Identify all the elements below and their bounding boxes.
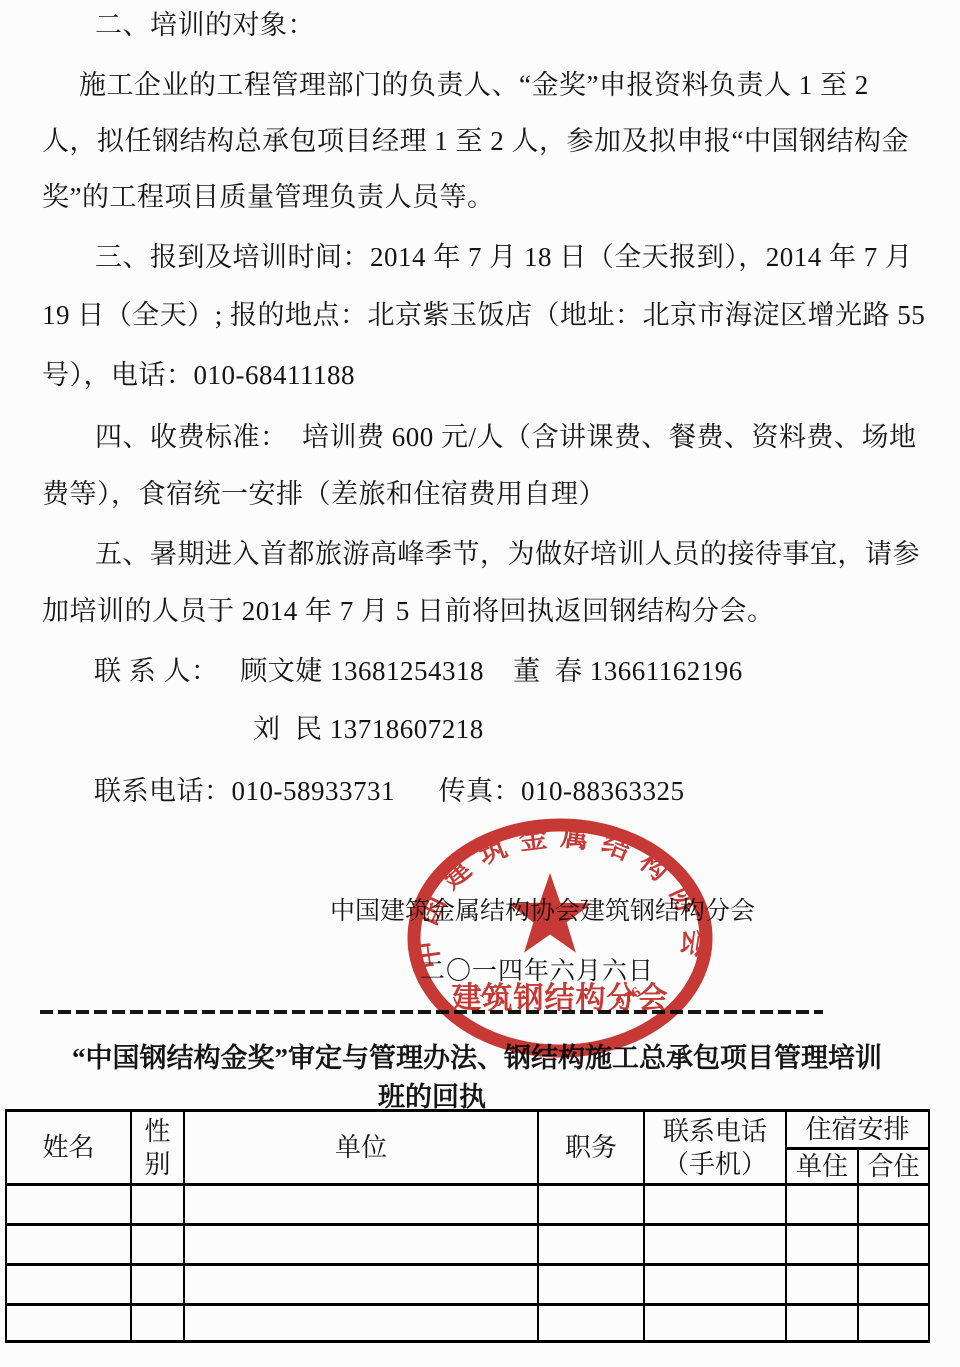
body-line: 19 日（全天）; 报的地点：北京紫玉饭店（地址：北京市海淀区增光路 55: [42, 300, 925, 331]
body-line: 费等），食宿统一安排（差旅和住宿费用自理）: [42, 479, 606, 510]
form-cell-empty: [786, 1265, 858, 1305]
contact-phone-line: 联系电话：010-58933731 传真：010-88363325: [94, 776, 684, 807]
col-header-phone-line2: （手机）: [645, 1148, 785, 1181]
body-line: 号），电话：010-68411188: [42, 360, 355, 391]
stamp-arc-text: 中国建筑金属结构协会: [409, 819, 711, 971]
col-header-phone: 联系电话 （手机）: [644, 1111, 786, 1185]
col-header-lodging-single: 单住: [786, 1149, 858, 1185]
form-cell-empty: [538, 1305, 644, 1342]
body-line: 加培训的人员于 2014 年 7 月 5 日前将回执返回钢结构分会。: [42, 596, 775, 627]
form-cell-empty: [131, 1225, 184, 1265]
col-header-name: 姓名: [6, 1111, 131, 1185]
form-cell-empty: [6, 1305, 131, 1342]
col-header-lodging-shared: 合住: [858, 1149, 929, 1185]
body-line: 施工企业的工程管理部门的负责人、“金奖”申报资料负责人 1 至 2: [79, 70, 869, 101]
form-cell-empty: [131, 1305, 184, 1342]
form-cell-empty: [131, 1265, 184, 1305]
form-cell-empty: [131, 1185, 184, 1225]
form-cell-empty: [6, 1185, 131, 1225]
form-cell-empty: [538, 1265, 644, 1305]
body-line: 四、收费标准： 培训费 600 元/人（含讲课费、餐费、资料费、场地: [95, 422, 917, 453]
contact-person-line: 联 系 人： 顾文婕 13681254318 董 春 13661162196: [94, 656, 743, 687]
body-line: 二、培训的对象：: [95, 10, 315, 41]
col-header-gender: 性别: [131, 1111, 184, 1185]
col-header-phone-line1: 联系电话: [645, 1115, 785, 1148]
form-cell-empty: [6, 1265, 131, 1305]
form-cell-empty: [538, 1185, 644, 1225]
form-cell-empty: [644, 1265, 786, 1305]
body-line: 五、暑期进入首都旅游高峰季节，为做好培训人员的接待事宜，请参: [95, 539, 920, 570]
col-header-position: 职务: [538, 1111, 644, 1185]
scanned-document-page: 二、培训的对象： 施工企业的工程管理部门的负责人、“金奖”申报资料负责人 1 至…: [0, 0, 960, 1367]
form-cell-empty: [184, 1265, 538, 1305]
form-cell-empty: [786, 1225, 858, 1265]
svg-text:中国建筑金属结构协会: 中国建筑金属结构协会: [409, 819, 711, 971]
contact-person-line: 刘 民 13718607218: [253, 714, 484, 745]
form-cell-empty: [184, 1225, 538, 1265]
form-cell-empty: [786, 1305, 858, 1342]
col-header-unit: 单位: [184, 1111, 538, 1185]
body-line: 奖”的工程项目质量管理负责人员等。: [42, 182, 494, 213]
form-cell-empty: [644, 1225, 786, 1265]
body-line: 三、报到及培训时间：2014 年 7 月 18 日（全天报到），2014 年 7…: [95, 242, 913, 273]
form-cell-empty: [6, 1225, 131, 1265]
form-cell-empty: [858, 1265, 929, 1305]
form-cell-empty: [858, 1305, 929, 1342]
body-line: 人，拟任钢结构总承包项目经理 1 至 2 人，参加及拟申报“中国钢结构金: [42, 126, 909, 157]
reply-form-table: 姓名 性别 单位 职务 联系电话 （手机） 住宿安排 单住 合住: [5, 1109, 930, 1343]
form-cell-empty: [644, 1305, 786, 1342]
form-cell-empty: [184, 1305, 538, 1342]
form-cell-empty: [858, 1185, 929, 1225]
form-cell-empty: [858, 1225, 929, 1265]
form-cell-empty: [786, 1185, 858, 1225]
col-header-lodging: 住宿安排: [786, 1111, 929, 1149]
stamp-star-icon: [508, 873, 592, 953]
form-cell-empty: [184, 1185, 538, 1225]
form-cell-empty: [644, 1185, 786, 1225]
form-cell-empty: [538, 1225, 644, 1265]
official-seal-stamp: 中国建筑金属结构协会 建筑钢结构分会 110 976: [400, 808, 730, 1068]
